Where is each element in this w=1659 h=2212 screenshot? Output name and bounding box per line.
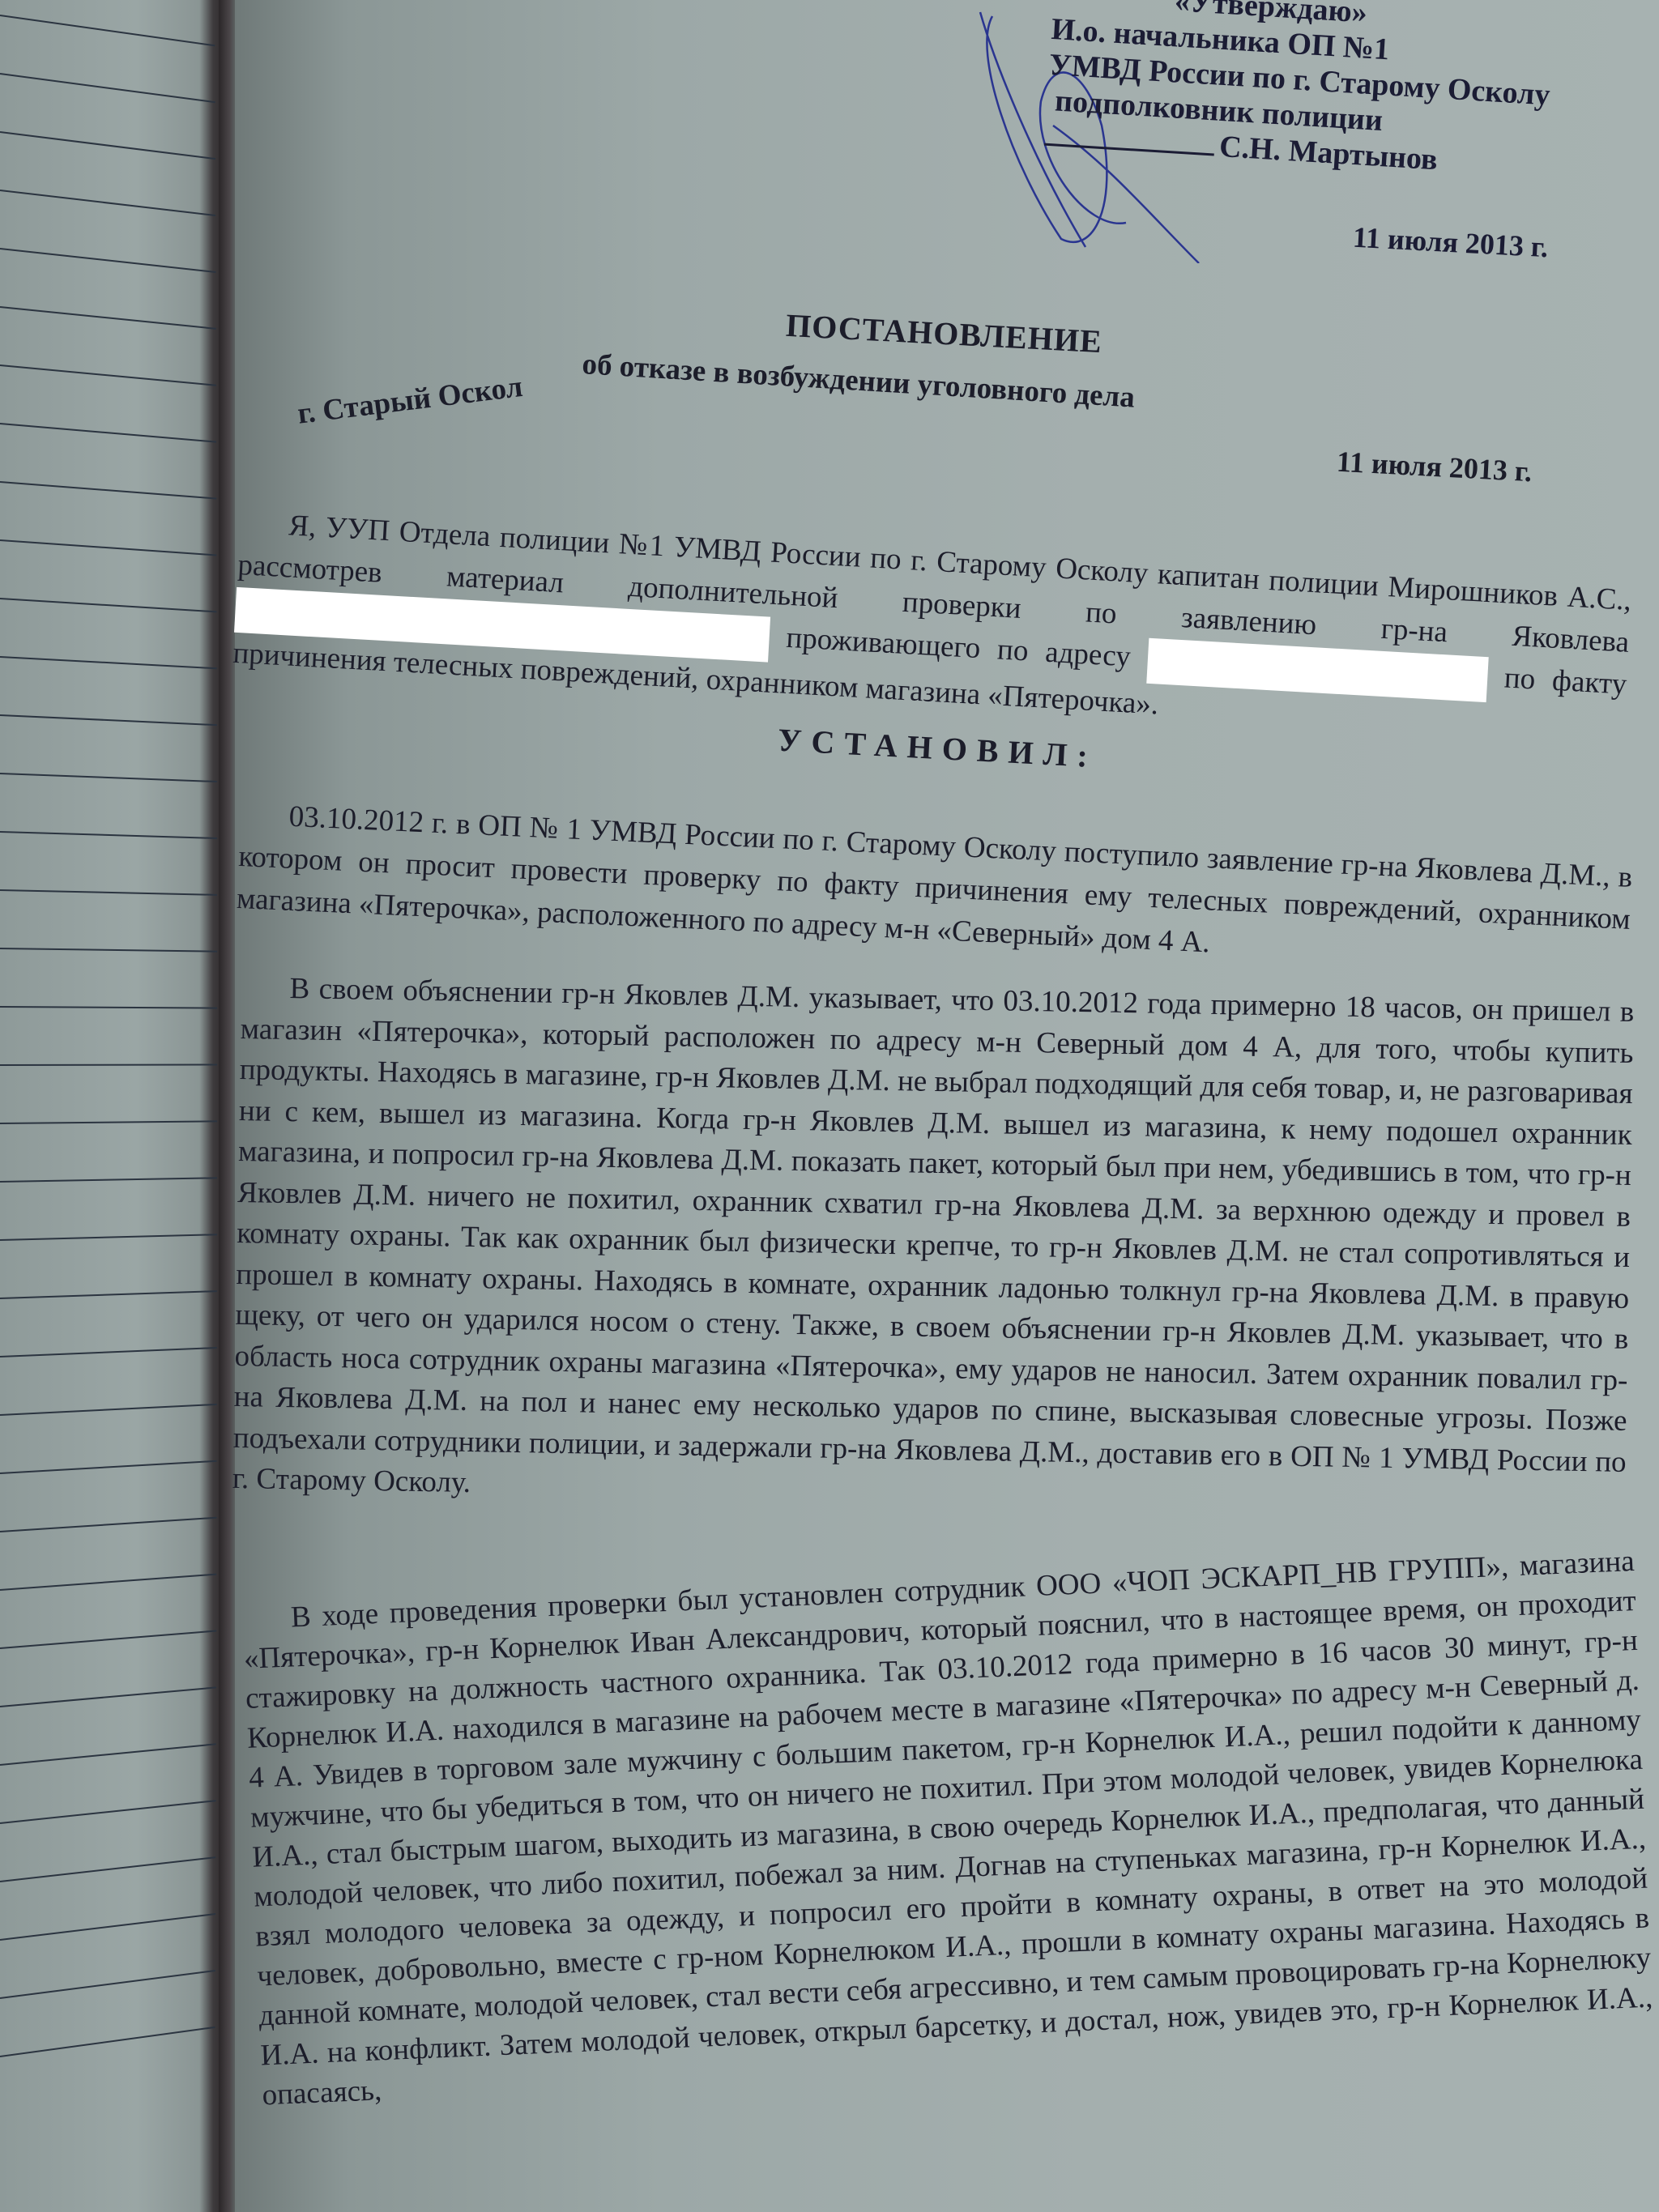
ruled-line [0, 773, 217, 782]
paragraph-1: 03.10.2012 г. в ОП № 1 УМВД России по г.… [236, 794, 1633, 983]
ruled-line [0, 73, 215, 103]
ruled-line [0, 1404, 217, 1416]
ruled-line [0, 714, 217, 726]
ruled-line [0, 1856, 215, 1882]
ruled-line [0, 539, 216, 556]
ruled-line [0, 423, 216, 443]
left-ruled-page [0, 0, 227, 2212]
book-gutter [219, 0, 237, 2212]
ruled-line [0, 889, 217, 896]
ruled-line [0, 656, 217, 669]
ruled-line [0, 248, 216, 273]
ruled-line [0, 1460, 217, 1474]
approval-date: 11 июля 2013 г. [1352, 220, 1549, 265]
ruled-line [0, 831, 217, 839]
ruled-line [0, 481, 216, 500]
ruled-line [0, 1290, 217, 1299]
paragraph-3-text: В ходе проведения проверки был установле… [243, 1545, 1653, 2112]
ruled-line [0, 306, 216, 330]
section-heading: УСТАНОВИЛ: [777, 721, 1098, 776]
paragraph-1-text: 03.10.2012 г. в ОП № 1 УМВД России по г.… [236, 800, 1633, 960]
ruled-line [0, 1913, 215, 1941]
ruled-line [0, 1347, 217, 1357]
ruled-line [0, 1064, 217, 1066]
paragraph-2: В своем объяснении гр-н Яковлев Д.М. ука… [232, 968, 1635, 1524]
ruled-line [0, 1970, 215, 1999]
ruled-line [0, 190, 215, 216]
document-date: 11 июля 2013 г. [1336, 445, 1533, 489]
document-title: ПОСТАНОВЛЕНИЕ [785, 306, 1103, 360]
signature-line [1044, 143, 1214, 156]
ruled-line [0, 2027, 215, 2057]
ruled-line [0, 364, 216, 386]
ruled-line [0, 1686, 216, 1707]
paragraph-2-text: В своем объяснении гр-н Яковлев Д.М. ука… [232, 972, 1635, 1499]
ruled-line [0, 131, 215, 160]
ruled-line [0, 1234, 217, 1241]
document-page: «Утверждаю» И.о. начальника ОП №1 УМВД Р… [235, 0, 1659, 2212]
intro-paragraph: Я, УУП Отдела полиции №1 УМВД России по … [232, 502, 1632, 752]
ruled-line [0, 15, 215, 46]
document-city: г. Старый Оскол [296, 369, 524, 432]
ruled-line [0, 1743, 216, 1766]
ruled-line [0, 1120, 217, 1124]
ruled-line [0, 1630, 216, 1649]
ruled-line [0, 948, 217, 953]
ruled-line [0, 1574, 216, 1591]
ruled-line [0, 1800, 216, 1824]
ruled-line [0, 1517, 217, 1532]
ruled-line [0, 598, 217, 612]
paragraph-3: В ходе проведения проверки был установле… [241, 1541, 1655, 2115]
ruled-line [0, 1177, 217, 1183]
ruled-line [0, 1006, 217, 1009]
